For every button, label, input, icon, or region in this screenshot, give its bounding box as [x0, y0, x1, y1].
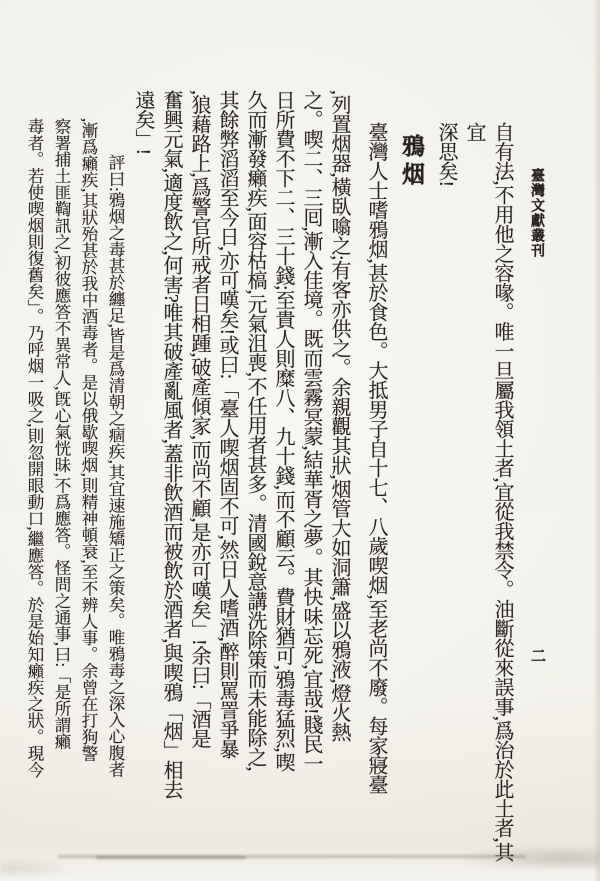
- body-column: 其餘弊滔滔至今日,亦可嘆矣!或曰:「臺人喫烟固不可,然日人嗜酒,醉則罵詈爭暴: [213, 90, 241, 862]
- page-number: 二: [527, 648, 548, 663]
- body-column: 之。喫二、三囘,漸入佳境。既而雲霧冥蒙,結華胥之夢。其快味忘死,宜哉!賤民一: [297, 90, 325, 862]
- scanned-book-page: 臺灣文獻叢刊 二 自有法,不用他之容喙。唯一旦屬我領土者,宜從我禁令。油斷從來誤…: [0, 0, 600, 881]
- text-block: 自有法,不用他之容喙。唯一旦屬我領土者,宜從我禁令。油斷從來誤事,爲治於此土者,…: [21, 90, 516, 862]
- body-column: 奮興元氣,適度飲之,何害?唯其破產亂風者,蓋非飲酒而被飲於酒者,與喫鴉「烟」相去: [157, 90, 185, 862]
- commentary-column: ,漸爲癩疾,其狀殆甚於我中酒毒者。是以俄歇喫烟,則精神頓衰,至不辨人事。余曾在打…: [75, 90, 102, 862]
- scan-smudge-bottom-right: [460, 845, 600, 869]
- body-column: 久而漸發癩疾,面容枯槁,元氣沮喪,不任用者甚多。清國銳意講洗除策而未能除之,: [241, 90, 269, 862]
- body-column: 遠矣」!: [129, 90, 157, 862]
- body-column: ,狼藉路上,爲警官所戒者日相踵,破產傾家,而尚不顧,是亦可嘆矣」!余曰:「酒是: [185, 90, 213, 862]
- series-title: 臺灣文獻叢刊: [526, 168, 546, 258]
- commentary-column: 察署捕土匪鞫訊之,初彼應答不異常人,旣心氣恍昧,不爲應答。怪問之通事,曰:「是所…: [48, 90, 75, 862]
- commentary-column: 毒者。若使喫烟則復舊矣」。乃呼烟一吸之,則忽開眼動口,繼應答。於是始知癩疾之狀。…: [21, 90, 48, 862]
- continuation-column: 自有法,不用他之容喙。唯一旦屬我領土者,宜從我禁令。油斷從來誤事,爲治於此土者,…: [460, 90, 516, 862]
- body-column: ,列置烟器,橫臥噏之;有客亦供之。余親觀其狀,烟管大如洞簫,盛以鴉液,燈火熱: [325, 90, 353, 862]
- scan-smudge-bottom-left: [0, 858, 70, 878]
- body-column: 臺灣人士嗜鴉烟,甚於食色。大抵男子自十七、八歲喫烟,至老尚不廢。每家寢臺: [362, 90, 390, 862]
- continuation-column: 深思矣!: [432, 90, 460, 862]
- body-column: 日所費不下二、三十錢;至貴人則糜八、九十錢,而不顧云。費財猶可,鴉毒猛烈,喫: [269, 90, 297, 862]
- scan-fold-line-dark: [96, 856, 246, 859]
- scan-edge-shading: [593, 0, 600, 881]
- section-title: 鴉烟: [396, 90, 426, 862]
- commentary-column: 評曰:鴉烟之毒甚於纏足,皆是爲清朝之痼疾,其宜速施矯正之策矣。唯鴉毒之深入心腹者: [102, 90, 129, 862]
